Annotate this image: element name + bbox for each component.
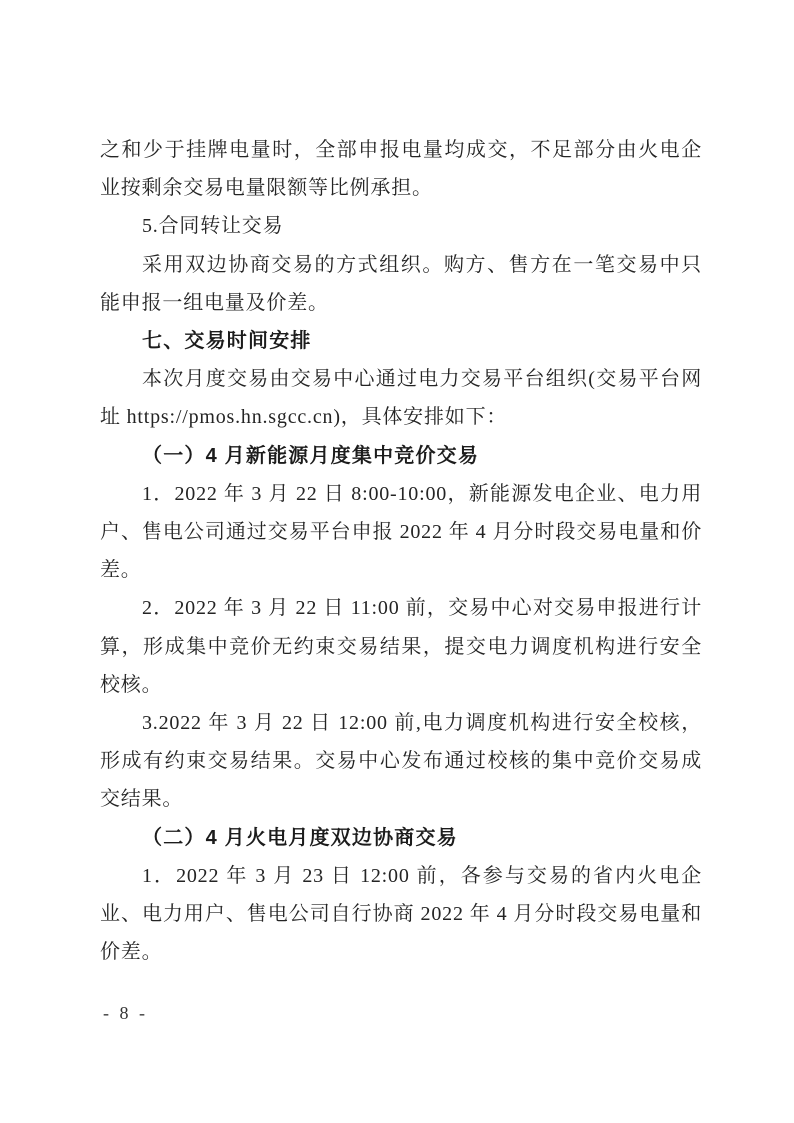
document-content: 之和少于挂牌电量时，全部申报电量均成交，不足部分由火电企业按剩余交易电量限额等比… bbox=[100, 131, 702, 971]
paragraph-item-5-title: 5.合同转让交易 bbox=[100, 207, 702, 245]
paragraph-continuation: 之和少于挂牌电量时，全部申报电量均成交，不足部分由火电企业按剩余交易电量限额等比… bbox=[100, 131, 702, 207]
document-page: 之和少于挂牌电量时，全部申报电量均成交，不足部分由火电企业按剩余交易电量限额等比… bbox=[0, 0, 794, 1123]
subsection-heading-1: （一）4 月新能源月度集中竞价交易 bbox=[100, 437, 702, 475]
paragraph-section-7-intro: 本次月度交易由交易中心通过电力交易平台组织(交易平台网址 https://pmo… bbox=[100, 360, 702, 436]
paragraph-subsection-1-item-3: 3.2022 年 3 月 22 日 12:00 前,电力调度机构进行安全校核，形… bbox=[100, 704, 702, 819]
page-number: - 8 - bbox=[103, 1003, 148, 1024]
section-heading-7: 七、交易时间安排 bbox=[100, 322, 702, 360]
paragraph-item-5-body: 采用双边协商交易的方式组织。购方、售方在一笔交易中只能申报一组电量及价差。 bbox=[100, 246, 702, 322]
paragraph-subsection-1-item-1: 1．2022 年 3 月 22 日 8:00-10:00，新能源发电企业、电力用… bbox=[100, 475, 702, 590]
paragraph-subsection-2-item-1: 1．2022 年 3 月 23 日 12:00 前，各参与交易的省内火电企业、电… bbox=[100, 857, 702, 972]
paragraph-subsection-1-item-2: 2．2022 年 3 月 22 日 11:00 前，交易中心对交易申报进行计算，… bbox=[100, 589, 702, 704]
subsection-heading-2: （二）4 月火电月度双边协商交易 bbox=[100, 819, 702, 857]
